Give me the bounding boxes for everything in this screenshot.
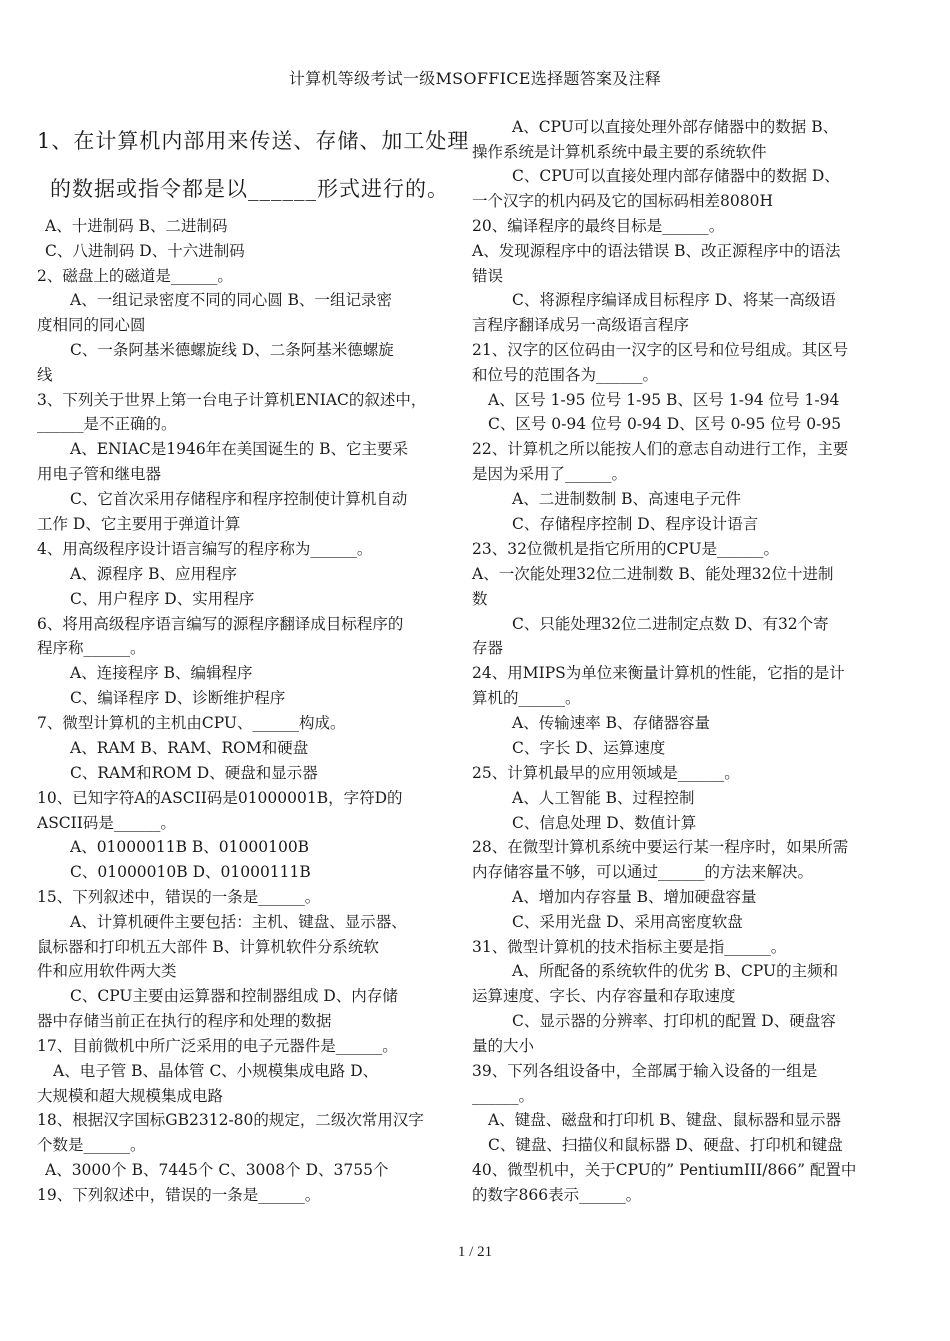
text-line: A、电子管 B、晶体管 C、小规模集成电路 D、 [53, 1061, 378, 1081]
text-line: C、键盘、扫描仪和鼠标器 D、硬盘、打印机和键盘 [488, 1135, 843, 1155]
text-line: C、字长 D、运算速度 [512, 738, 665, 758]
text-line: C、只能处理32位二进制定点数 D、有32个寄 [512, 614, 829, 634]
text-line: A、RAM B、RAM、ROM和硬盘 [70, 738, 308, 758]
text-line: 存器 [472, 638, 503, 658]
text-line: 31、微型计算机的技术指标主要是指______。 [472, 937, 786, 957]
text-line: A、3000个 B、7445个 C、3008个 D、3755个 [45, 1160, 388, 1180]
text-line: ______。 [472, 1086, 534, 1106]
text-line: C、采用光盘 D、采用高密度软盘 [512, 912, 743, 932]
text-line: C、将源程序编译成目标程序 D、将某一高级语 [512, 290, 836, 310]
text-line: 鼠标器和打印机五大部件 B、计算机软件分系统软 [37, 937, 379, 957]
text-line: 3、下列关于世界上第一台电子计算机ENIAC的叙述中， [37, 390, 426, 410]
text-line: 的数字866表示______。 [472, 1185, 641, 1205]
text-line: 和位号的范围各为______。 [472, 365, 658, 385]
text-line: 件和应用软件两大类 [37, 961, 177, 981]
text-line: 程序称______。 [37, 638, 146, 658]
text-line: 大规模和超大规模集成电路 [37, 1086, 223, 1106]
text-line: 40、微型机中，关于CPU的” PentiumIII/866” 配置中 [472, 1160, 856, 1180]
text-line: 用电子管和继电器 [37, 464, 161, 484]
text-line: 内存储容量不够，可以通过______的方法来解决。 [472, 862, 813, 882]
text-line: 度相同的同心圆 [37, 315, 146, 335]
text-line: A、十进制码 B、二进制码 [45, 216, 228, 236]
text-line: 15、下列叙述中，错误的一条是______。 [37, 887, 320, 907]
text-line: A、所配备的系统软件的优劣 B、CPU的主频和 [512, 961, 838, 981]
text-line: 是因为采用了______。 [472, 464, 627, 484]
text-line: A、计算机硬件主要包括：主机、键盘、显示器、 [70, 912, 407, 932]
text-line: C、编译程序 D、诊断维护程序 [70, 688, 285, 708]
text-line: 19、下列叙述中，错误的一条是______。 [37, 1185, 320, 1205]
text-line: C、存储程序控制 D、程序设计语言 [512, 514, 758, 534]
text-line: 运算速度、字长、内存容量和存取速度 [472, 986, 736, 1006]
text-line: 错误 [472, 266, 503, 286]
text-line: 21、汉字的区位码由一汉字的区号和位号组成。其区号 [472, 340, 848, 360]
text-line: A、ENIAC是1946年在美国诞生的 B、它主要采 [70, 439, 408, 459]
text-line: C、01000010B D、01000111B [70, 862, 311, 882]
text-line: 2、磁盘上的磁道是______。 [37, 266, 233, 286]
text-line: 个数是______。 [37, 1135, 146, 1155]
text-line: 言程序翻译成另一高级语言程序 [472, 315, 689, 335]
text-line: 量的大小 [472, 1036, 534, 1056]
text-line: A、发现源程序中的语法错误 B、改正源程序中的语法 [472, 241, 841, 261]
document-page: 计算机等级考试一级MSOFFICE选择题答案及注释 1、在计算机内部用来传送、存… [0, 0, 950, 1341]
text-line: 6、将用高级程序语言编写的源程序翻译成目标程序的 [37, 614, 403, 634]
text-line: C、区号 0-94 位号 0-94 D、区号 0-95 位号 0-95 [488, 414, 841, 434]
text-line: C、信息处理 D、数值计算 [512, 813, 696, 833]
text-line: 工作 D、它主要用于弹道计算 [37, 514, 240, 534]
text-line: ______是不正确的。 [37, 414, 177, 434]
text-line: 7、微型计算机的主机由CPU、______构成。 [37, 713, 345, 733]
text-line: A、人工智能 B、过程控制 [512, 788, 695, 808]
text-line: 39、下列各组设备中，全部属于输入设备的一组是 [472, 1061, 817, 1081]
text-line: C、显示器的分辨率、打印机的配置 D、硬盘容 [512, 1011, 836, 1031]
text-line: 25、计算机最早的应用领域是______。 [472, 763, 740, 783]
document-title: 计算机等级考试一级MSOFFICE选择题答案及注释 [0, 66, 950, 89]
text-line: ASCII码是______。 [37, 813, 176, 833]
text-line: 23、32位微机是指它所用的CPU是______。 [472, 539, 779, 559]
text-line: A、区号 1-95 位号 1-95 B、区号 1-94 位号 1-94 [488, 390, 839, 410]
text-line: C、一条阿基米德螺旋线 D、二条阿基米德螺旋 [70, 340, 394, 360]
page-indicator: 1 / 21 [0, 1244, 950, 1261]
text-line: 操作系统是计算机系统中最主要的系统软件 [472, 142, 767, 162]
text-line: 20、编译程序的最终目标是______。 [472, 216, 724, 236]
text-line: 10、已知字符A的ASCII码是01000001B，字符D的 [37, 788, 403, 808]
text-line: C、RAM和ROM D、硬盘和显示器 [70, 763, 318, 783]
text-line: 24、用MIPS为单位来衡量计算机的性能，它指的是计 [472, 663, 845, 683]
text-line: 一个汉字的机内码及它的国标码相差8080H [472, 191, 773, 211]
text-line: 算机的______。 [472, 688, 581, 708]
text-line: A、01000011B B、01000100B [70, 837, 309, 857]
text-line: 22、计算机之所以能按人们的意志自动进行工作，主要 [472, 439, 848, 459]
text-line: 的数据或指令都是以______形式进行的。 [50, 175, 449, 203]
text-line: C、八进制码 D、十六进制码 [45, 241, 245, 261]
text-line: A、CPU可以直接处理外部存储器中的数据 B、 [512, 117, 838, 137]
text-line: 1、在计算机内部用来传送、存储、加工处理 [37, 127, 469, 155]
text-line: 数 [472, 589, 488, 609]
text-line: C、CPU可以直接处理内部存储器中的数据 D、 [512, 166, 840, 186]
text-line: A、一次能处理32位二进制数 B、能处理32位十进制 [472, 564, 833, 584]
text-line: 器中存储当前正在执行的程序和处理的数据 [37, 1011, 332, 1031]
text-line: A、二进制数制 B、高速电子元件 [512, 489, 741, 509]
text-line: C、它首次采用存储程序和程序控制使计算机自动 [70, 489, 407, 509]
text-line: A、键盘、磁盘和打印机 B、键盘、鼠标器和显示器 [488, 1110, 841, 1130]
text-line: A、源程序 B、应用程序 [70, 564, 237, 584]
text-line: 4、用高级程序设计语言编写的程序称为______。 [37, 539, 372, 559]
text-line: 18、根据汉字国标GB2312-80的规定，二级次常用汉字 [37, 1110, 424, 1130]
text-line: A、增加内存容量 B、增加硬盘容量 [512, 887, 757, 907]
text-line: A、传输速率 B、存储器容量 [512, 713, 710, 733]
text-line: 线 [37, 365, 53, 385]
text-line: C、用户程序 D、实用程序 [70, 589, 254, 609]
text-line: A、一组记录密度不同的同心圆 B、一组记录密 [70, 290, 392, 310]
text-line: A、连接程序 B、编辑程序 [70, 663, 253, 683]
text-line: 17、目前微机中所广泛采用的电子元器件是______。 [37, 1036, 398, 1056]
text-line: 28、在微型计算机系统中要运行某一程序时，如果所需 [472, 837, 848, 857]
text-line: C、CPU主要由运算器和控制器组成 D、内存储 [70, 986, 398, 1006]
